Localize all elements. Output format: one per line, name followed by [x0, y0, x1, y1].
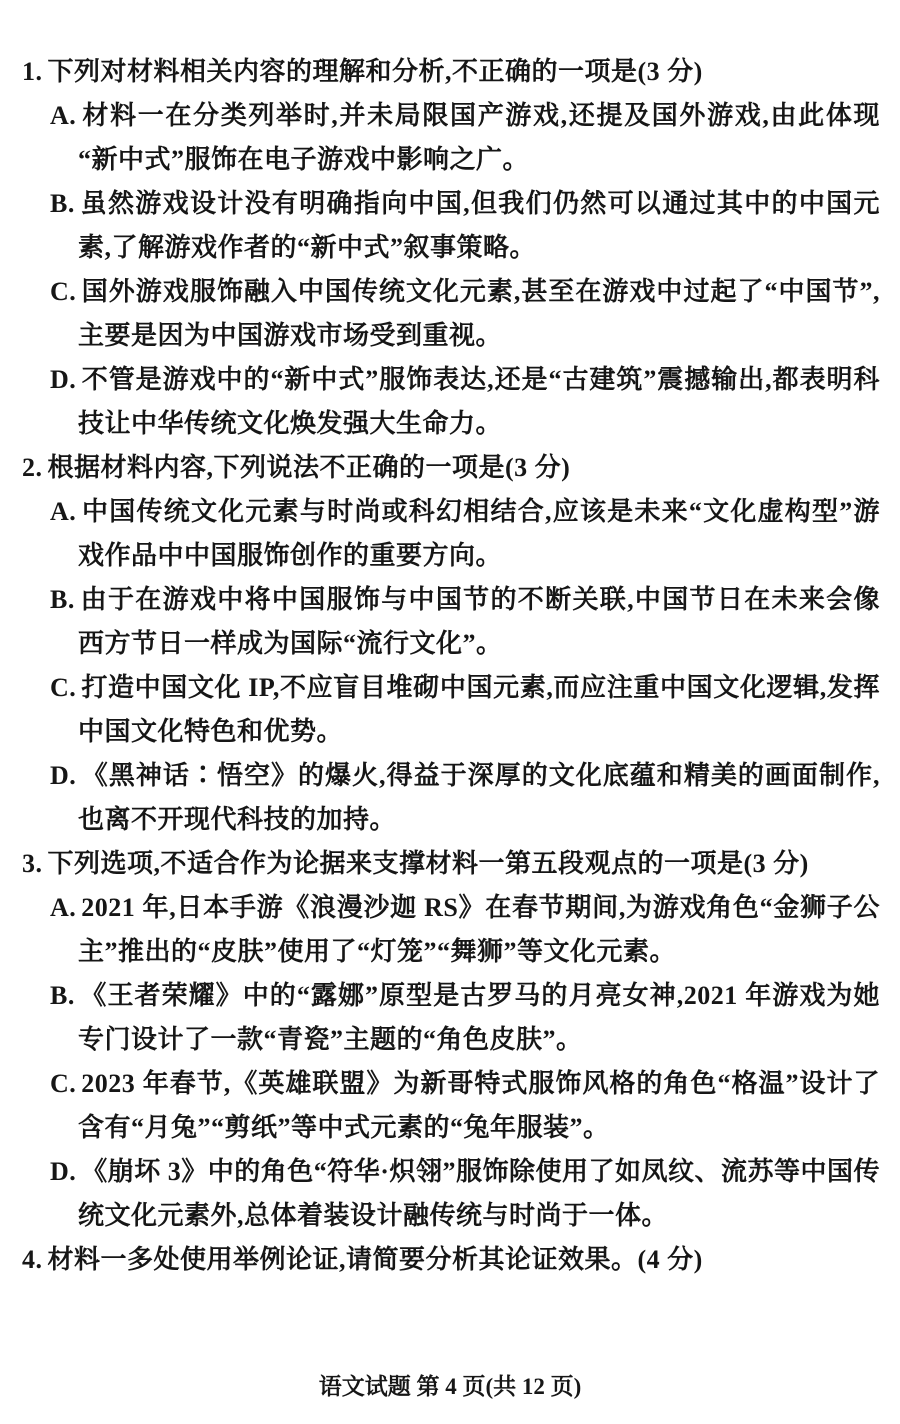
option-d-text: 不管是游戏中的“新中式”服饰表达,还是“古建筑”震撼输出,都表明科技让中华传统文…	[78, 365, 880, 438]
exam-page: 1.下列对材料相关内容的理解和分析,不正确的一项是(3 分) A.材料一在分类列…	[0, 0, 900, 1424]
option-d-label: D.	[50, 365, 76, 394]
question-3-option-d: D.《崩坏 3》中的角色“符华·炽翎”服饰除使用了如凤纹、流苏等中国传统文化元素…	[22, 1150, 880, 1238]
question-3-number: 3.	[22, 849, 43, 878]
question-1-number: 1.	[22, 57, 43, 86]
option-a-text: 中国传统文化元素与时尚或科幻相结合,应该是未来“文化虚构型”游戏作品中中国服饰创…	[78, 497, 880, 570]
question-1-stem-text: 下列对材料相关内容的理解和分析,不正确的一项是(3 分)	[48, 57, 703, 86]
option-c-label: C.	[50, 277, 76, 306]
question-2: 2.根据材料内容,下列说法不正确的一项是(3 分) A.中国传统文化元素与时尚或…	[22, 446, 880, 842]
option-a-text: 材料一在分类列举时,并未局限国产游戏,还提及国外游戏,由此体现“新中式”服饰在电…	[78, 101, 880, 174]
question-4-stem-text: 材料一多处使用举例论证,请简要分析其论证效果。(4 分)	[48, 1245, 703, 1274]
question-3-option-c: C.2023 年春节,《英雄联盟》为新哥特式服饰风格的角色“格温”设计了含有“月…	[22, 1062, 880, 1150]
questions-area: 1.下列对材料相关内容的理解和分析,不正确的一项是(3 分) A.材料一在分类列…	[0, 0, 900, 1282]
option-c-label: C.	[50, 1069, 76, 1098]
question-1-option-c: C.国外游戏服饰融入中国传统文化元素,甚至在游戏中过起了“中国节”,主要是因为中…	[22, 270, 880, 358]
option-c-text: 国外游戏服饰融入中国传统文化元素,甚至在游戏中过起了“中国节”,主要是因为中国游…	[78, 277, 880, 350]
option-c-text: 打造中国文化 IP,不应盲目堆砌中国元素,而应注重中国文化逻辑,发挥中国文化特色…	[78, 673, 880, 746]
option-a-label: A.	[50, 101, 76, 130]
question-2-option-a: A.中国传统文化元素与时尚或科幻相结合,应该是未来“文化虚构型”游戏作品中中国服…	[22, 490, 880, 578]
option-d-label: D.	[50, 1157, 76, 1186]
option-b-label: B.	[50, 981, 75, 1010]
question-3-stem-text: 下列选项,不适合作为论据来支撑材料一第五段观点的一项是(3 分)	[48, 849, 809, 878]
question-3: 3.下列选项,不适合作为论据来支撑材料一第五段观点的一项是(3 分) A.202…	[22, 842, 880, 1238]
question-2-number: 2.	[22, 453, 43, 482]
question-1-stem: 1.下列对材料相关内容的理解和分析,不正确的一项是(3 分)	[22, 50, 880, 94]
option-b-label: B.	[50, 585, 75, 614]
page-footer: 语文试题 第 4 页(共 12 页)	[0, 1372, 900, 1402]
option-d-text: 《崩坏 3》中的角色“符华·炽翎”服饰除使用了如凤纹、流苏等中国传统文化元素外,…	[78, 1157, 880, 1230]
option-b-text: 虽然游戏设计没有明确指向中国,但我们仍然可以通过其中的中国元素,了解游戏作者的“…	[78, 189, 880, 262]
option-a-label: A.	[50, 497, 76, 526]
question-3-stem: 3.下列选项,不适合作为论据来支撑材料一第五段观点的一项是(3 分)	[22, 842, 880, 886]
question-3-option-b: B.《王者荣耀》中的“露娜”原型是古罗马的月亮女神,2021 年游戏为她专门设计…	[22, 974, 880, 1062]
question-2-option-c: C.打造中国文化 IP,不应盲目堆砌中国元素,而应注重中国文化逻辑,发挥中国文化…	[22, 666, 880, 754]
question-4: 4.材料一多处使用举例论证,请简要分析其论证效果。(4 分)	[22, 1238, 880, 1282]
question-1-option-d: D.不管是游戏中的“新中式”服饰表达,还是“古建筑”震撼输出,都表明科技让中华传…	[22, 358, 880, 446]
option-a-label: A.	[50, 893, 76, 922]
question-4-number: 4.	[22, 1245, 43, 1274]
question-2-stem: 2.根据材料内容,下列说法不正确的一项是(3 分)	[22, 446, 880, 490]
question-2-stem-text: 根据材料内容,下列说法不正确的一项是(3 分)	[48, 453, 571, 482]
question-3-option-a: A.2021 年,日本手游《浪漫沙迦 RS》在春节期间,为游戏角色“金狮子公主”…	[22, 886, 880, 974]
option-a-text: 2021 年,日本手游《浪漫沙迦 RS》在春节期间,为游戏角色“金狮子公主”推出…	[78, 893, 880, 966]
option-d-text: 《黑神话∶悟空》的爆火,得益于深厚的文化底蕴和精美的画面制作,也离不开现代科技的…	[78, 761, 880, 834]
option-c-label: C.	[50, 673, 76, 702]
question-1-option-b: B.虽然游戏设计没有明确指向中国,但我们仍然可以通过其中的中国元素,了解游戏作者…	[22, 182, 880, 270]
question-4-stem: 4.材料一多处使用举例论证,请简要分析其论证效果。(4 分)	[22, 1238, 880, 1282]
option-c-text: 2023 年春节,《英雄联盟》为新哥特式服饰风格的角色“格温”设计了含有“月兔”…	[78, 1069, 880, 1142]
option-b-text: 由于在游戏中将中国服饰与中国节的不断关联,中国节日在未来会像西方节日一样成为国际…	[78, 585, 880, 658]
option-b-text: 《王者荣耀》中的“露娜”原型是古罗马的月亮女神,2021 年游戏为她专门设计了一…	[78, 981, 880, 1054]
option-b-label: B.	[50, 189, 75, 218]
question-1: 1.下列对材料相关内容的理解和分析,不正确的一项是(3 分) A.材料一在分类列…	[22, 50, 880, 446]
option-d-label: D.	[50, 761, 76, 790]
question-2-option-d: D.《黑神话∶悟空》的爆火,得益于深厚的文化底蕴和精美的画面制作,也离不开现代科…	[22, 754, 880, 842]
question-2-option-b: B.由于在游戏中将中国服饰与中国节的不断关联,中国节日在未来会像西方节日一样成为…	[22, 578, 880, 666]
question-1-option-a: A.材料一在分类列举时,并未局限国产游戏,还提及国外游戏,由此体现“新中式”服饰…	[22, 94, 880, 182]
